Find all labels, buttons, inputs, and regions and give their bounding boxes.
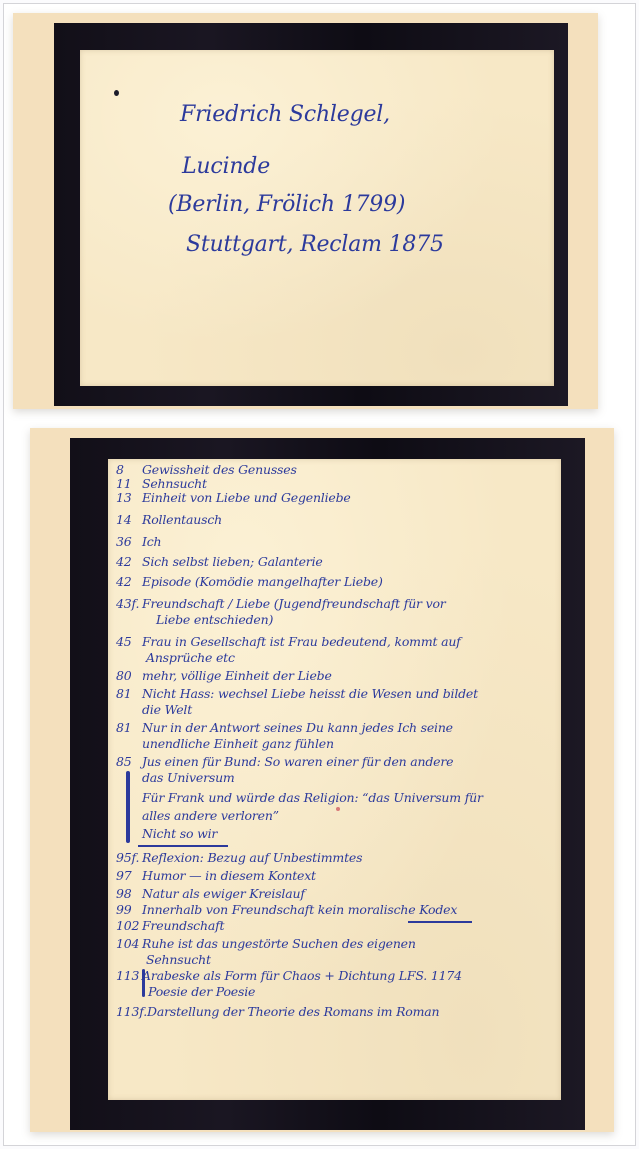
note-entry: 113Arabeske als Form für Chaos + Dichtun… <box>116 969 462 983</box>
note-entry: 95f.Reflexion: Bezug auf Unbestimmtes <box>116 851 362 865</box>
note-entry-continued: Nicht so wir <box>116 827 217 841</box>
card-author: Friedrich Schlegel, <box>180 102 390 127</box>
note-entry: 42Episode (Komödie mangelhafter Liebe) <box>116 575 383 589</box>
red-ink-dot <box>336 807 340 811</box>
note-entry: 85Jus einen für Bund: So waren einer für… <box>116 755 453 769</box>
note-entry: 81Nicht Hass: wechsel Liebe heisst die W… <box>116 687 478 701</box>
note-entry: 80mehr, völlige Einheit der Liebe <box>116 669 332 683</box>
note-entry: 102Freundschaft <box>116 919 224 933</box>
note-entry-continued: unendliche Einheit ganz fühlen <box>116 737 334 751</box>
note-entry-continued: Für Frank und würde das Religion: “das U… <box>116 791 483 805</box>
note-entry-continued: alles andere verloren” <box>116 809 279 823</box>
ink-underline <box>408 921 472 923</box>
note-entry-continued: das Universum <box>116 771 235 785</box>
note-entry-continued: Sehnsucht <box>120 953 211 967</box>
note-entry: 42Sich selbst lieben; Galanterie <box>116 555 323 569</box>
section-divider <box>138 845 228 847</box>
note-entry: 97Humor — in diesem Kontext <box>116 869 316 883</box>
note-entry: 45Frau in Gesellschaft ist Frau bedeuten… <box>116 635 461 649</box>
note-entry: 113f.Darstellung der Theorie des Romans … <box>116 1005 439 1019</box>
note-entry: 11Sehnsucht <box>116 477 207 491</box>
card-used-edition: Stuttgart, Reclam 1875 <box>186 232 444 257</box>
note-entry: 8Gewissheit des Genusses <box>116 463 297 477</box>
card-work-title: Lucinde <box>182 154 270 179</box>
note-entry: 98Natur als ewiger Kreislauf <box>116 887 305 901</box>
note-entry-continued: Ansprüche etc <box>120 651 235 665</box>
note-entry: 104Ruhe ist das ungestörte Suchen des ei… <box>116 937 416 951</box>
note-entry-continued: Liebe entschieden) <box>130 613 273 627</box>
note-entry: 81Nur in der Antwort seines Du kann jede… <box>116 721 453 735</box>
card-first-edition: (Berlin, Frölich 1799) <box>168 192 405 217</box>
ink-dot <box>114 90 119 96</box>
note-entry-continued: die Welt <box>116 703 192 717</box>
note-entry-continued: Poesie der Poesie <box>122 985 255 999</box>
note-entry: 14Rollentausch <box>116 513 222 527</box>
index-card-notes: 8Gewissheit des Genusses 11Sehnsucht 13E… <box>108 459 561 1100</box>
note-entry: 99Innerhalb von Freundschaft kein morali… <box>116 903 457 917</box>
index-card-title: Friedrich Schlegel, Lucinde (Berlin, Frö… <box>80 50 554 386</box>
note-entry: 13Einheit von Liebe und Gegenliebe <box>116 491 351 505</box>
note-entry: 43f.Freundschaft / Liebe (Jugendfreundsc… <box>116 597 446 611</box>
note-entry: 36Ich <box>116 535 161 549</box>
